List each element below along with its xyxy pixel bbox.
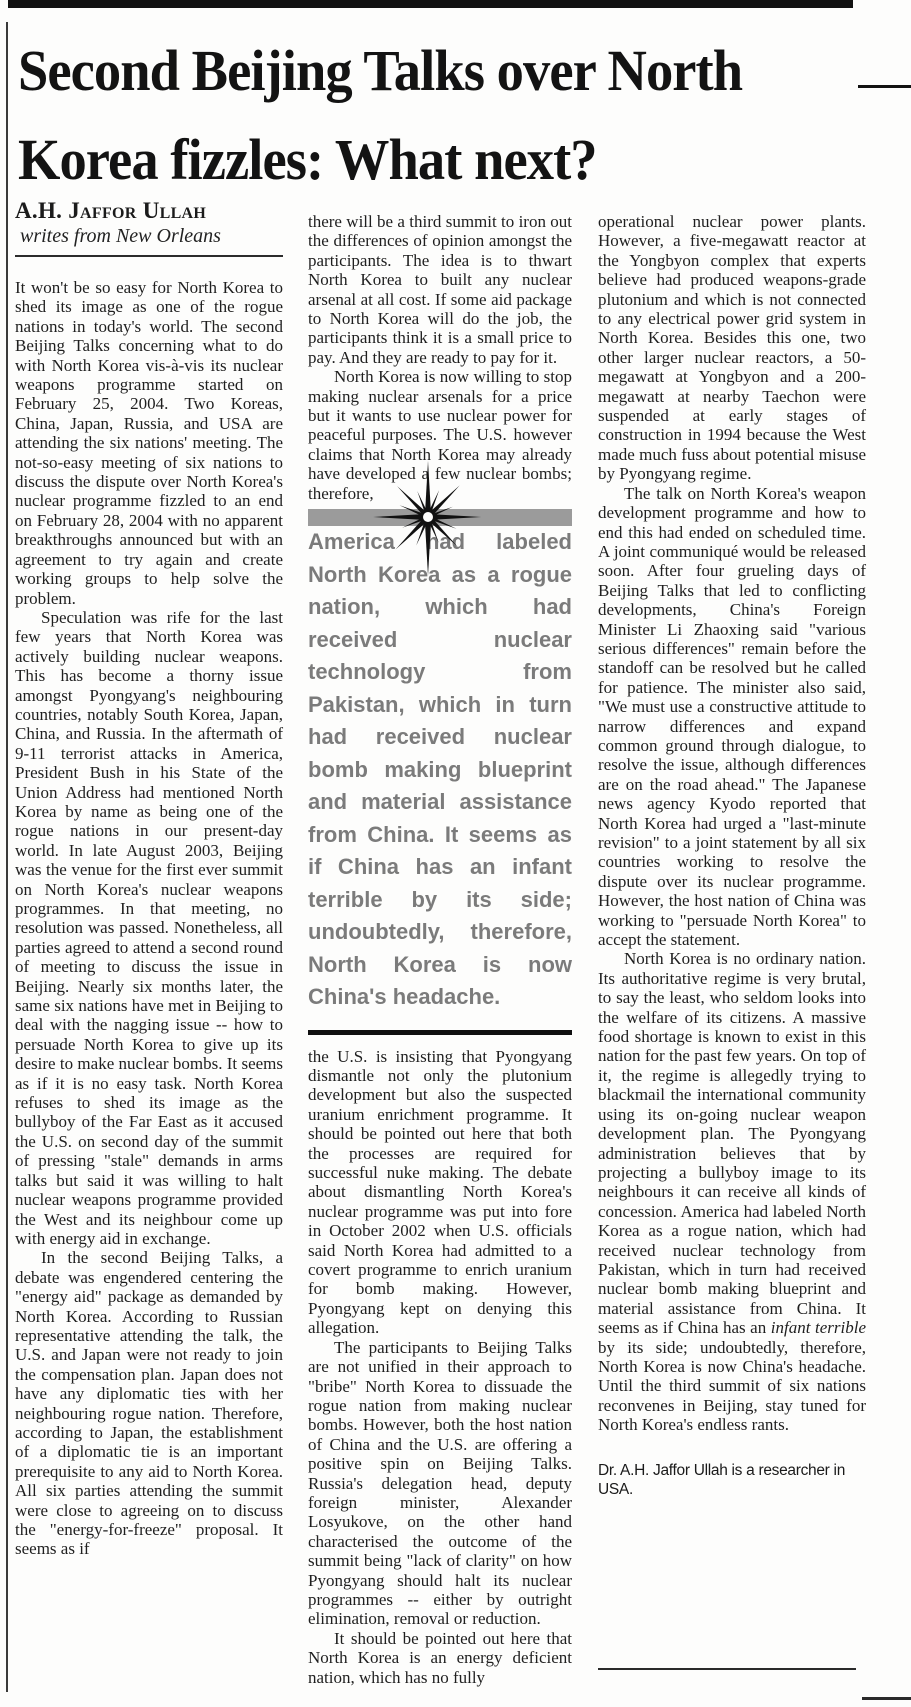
byline-origin: writes from New Orleans [15,224,285,248]
pull-quote-text: America had labeled North Korea as a rog… [308,526,572,1014]
headline-line: Second Beijing Talks over North [18,26,742,115]
byline-block: A.H. Jaffor Ullah writes from New Orlean… [15,198,285,257]
headline-side-rule [858,85,911,88]
article-headline: Second Beijing Talks over NorthKorea fiz… [18,26,742,204]
left-column-rule [6,22,8,1692]
newspaper-page: Second Beijing Talks over NorthKorea fiz… [0,0,911,1707]
body-paragraph: North Korea is no ordinary nation. Its a… [598,949,866,1434]
body-paragraph: The talk on North Korea's weapon develop… [598,484,866,950]
column3-end-rule [598,1668,856,1670]
headline-line: Korea fizzles: What next? [18,115,742,204]
text-segment: by its side; undoubtedly, therefore, Nor… [598,1338,866,1435]
article-column-3: operational nuclear power plants. Howeve… [598,212,866,1499]
body-paragraph: It won't be so easy for North Korea to s… [15,278,283,608]
body-paragraph: The participants to Beijing Talks are no… [308,1338,572,1629]
body-paragraph: In the second Beijing Talks, a debate wa… [15,1248,283,1559]
italic-phrase: infant terrible [771,1318,866,1337]
byline-rule [15,255,283,257]
body-paragraph: Speculation was rife for the last few ye… [15,608,283,1248]
bottom-corner-rule [862,1697,911,1700]
pull-quote: America had labeled North Korea as a rog… [308,509,572,1035]
starburst-icon [368,457,488,577]
author-note: Dr. A.H. Jaffor Ullah is a researcher in… [598,1461,866,1500]
body-paragraph: there will be a third summit to iron out… [308,212,572,367]
body-paragraph: the U.S. is insisting that Pyongyang dis… [308,1047,572,1338]
body-paragraph: operational nuclear power plants. Howeve… [598,212,866,484]
byline-author: A.H. Jaffor Ullah [15,198,285,224]
text-segment: North Korea is no ordinary nation. Its a… [598,949,866,1337]
top-edge-rule [8,0,853,8]
pull-quote-bottom-rule [308,1030,572,1035]
body-paragraph: It should be pointed out here that North… [308,1629,572,1687]
article-column-2: there will be a third summit to iron out… [308,212,572,1687]
article-column-1: It won't be so easy for North Korea to s… [15,278,283,1559]
